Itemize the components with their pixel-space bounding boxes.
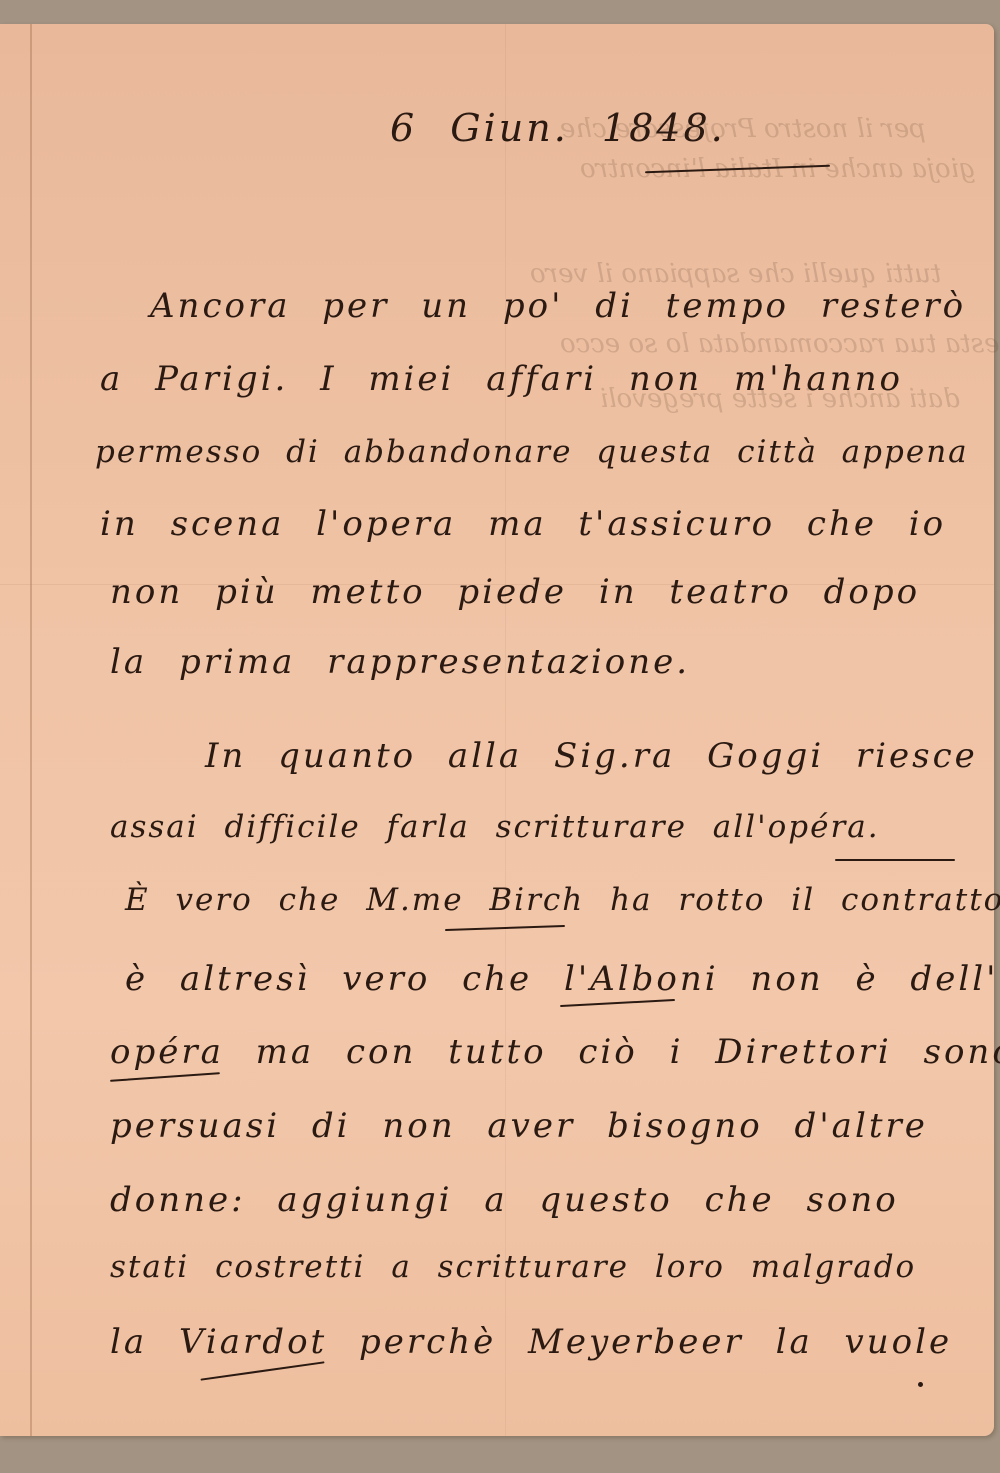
- letter-line: stati costretti a scritturare loro malgr…: [110, 1249, 916, 1285]
- bleed-through-text: gioja anche in Italia l'incontro: [580, 154, 976, 184]
- date-year: 1848.: [602, 106, 726, 150]
- letter-line: Ancora per un po' di tempo resterò: [150, 286, 966, 326]
- date-day: 6: [390, 106, 417, 150]
- letter-line: a Parigi. I miei affari non m'hanno: [100, 359, 903, 399]
- bleed-through-text: tutti quelli che sappiano il vero: [530, 259, 941, 289]
- letter-date: 6 Giun. 1848.: [390, 106, 726, 150]
- letter-line: permesso di abbandonare questa città app…: [95, 434, 969, 470]
- word-underline: [200, 1361, 324, 1380]
- letter-line: assai difficile farla scritturare all'op…: [110, 809, 880, 845]
- word-underline: [835, 859, 955, 861]
- letter-line: è altresì vero che l'Alboni non è dell': [125, 959, 998, 999]
- bleed-through-text: Questa tua raccomandata lo so ecco: [560, 329, 1000, 359]
- letter-line: non più metto piede in teatro dopo: [110, 572, 920, 612]
- letter-line: la Viardot perchè Meyerbeer la vuole: [110, 1322, 952, 1362]
- letter-line: donne: aggiungi a questo che sono: [110, 1180, 899, 1220]
- date-month: Giun.: [450, 106, 569, 150]
- letter-line: la prima rappresentazione.: [110, 642, 690, 682]
- fold-line-vertical: [30, 24, 32, 1436]
- word-underline: [110, 1072, 220, 1082]
- letter-line: opéra ma con tutto ciò i Direttori sono: [110, 1032, 1000, 1072]
- word-underline: [560, 999, 675, 1007]
- letter-page: per il nostro Professore che gioja anche…: [0, 24, 994, 1436]
- fold-line-center: [505, 24, 506, 1436]
- letter-line: persuasi di non aver bisogno d'altre: [110, 1106, 928, 1146]
- letter-line: in scena l'opera ma t'assicuro che io: [100, 504, 946, 544]
- ink-dot: [918, 1382, 923, 1387]
- letter-line: In quanto alla Sig.ra Goggi riesce: [205, 736, 978, 776]
- letter-line: È vero che M.me Birch ha rotto il contra…: [125, 882, 1000, 918]
